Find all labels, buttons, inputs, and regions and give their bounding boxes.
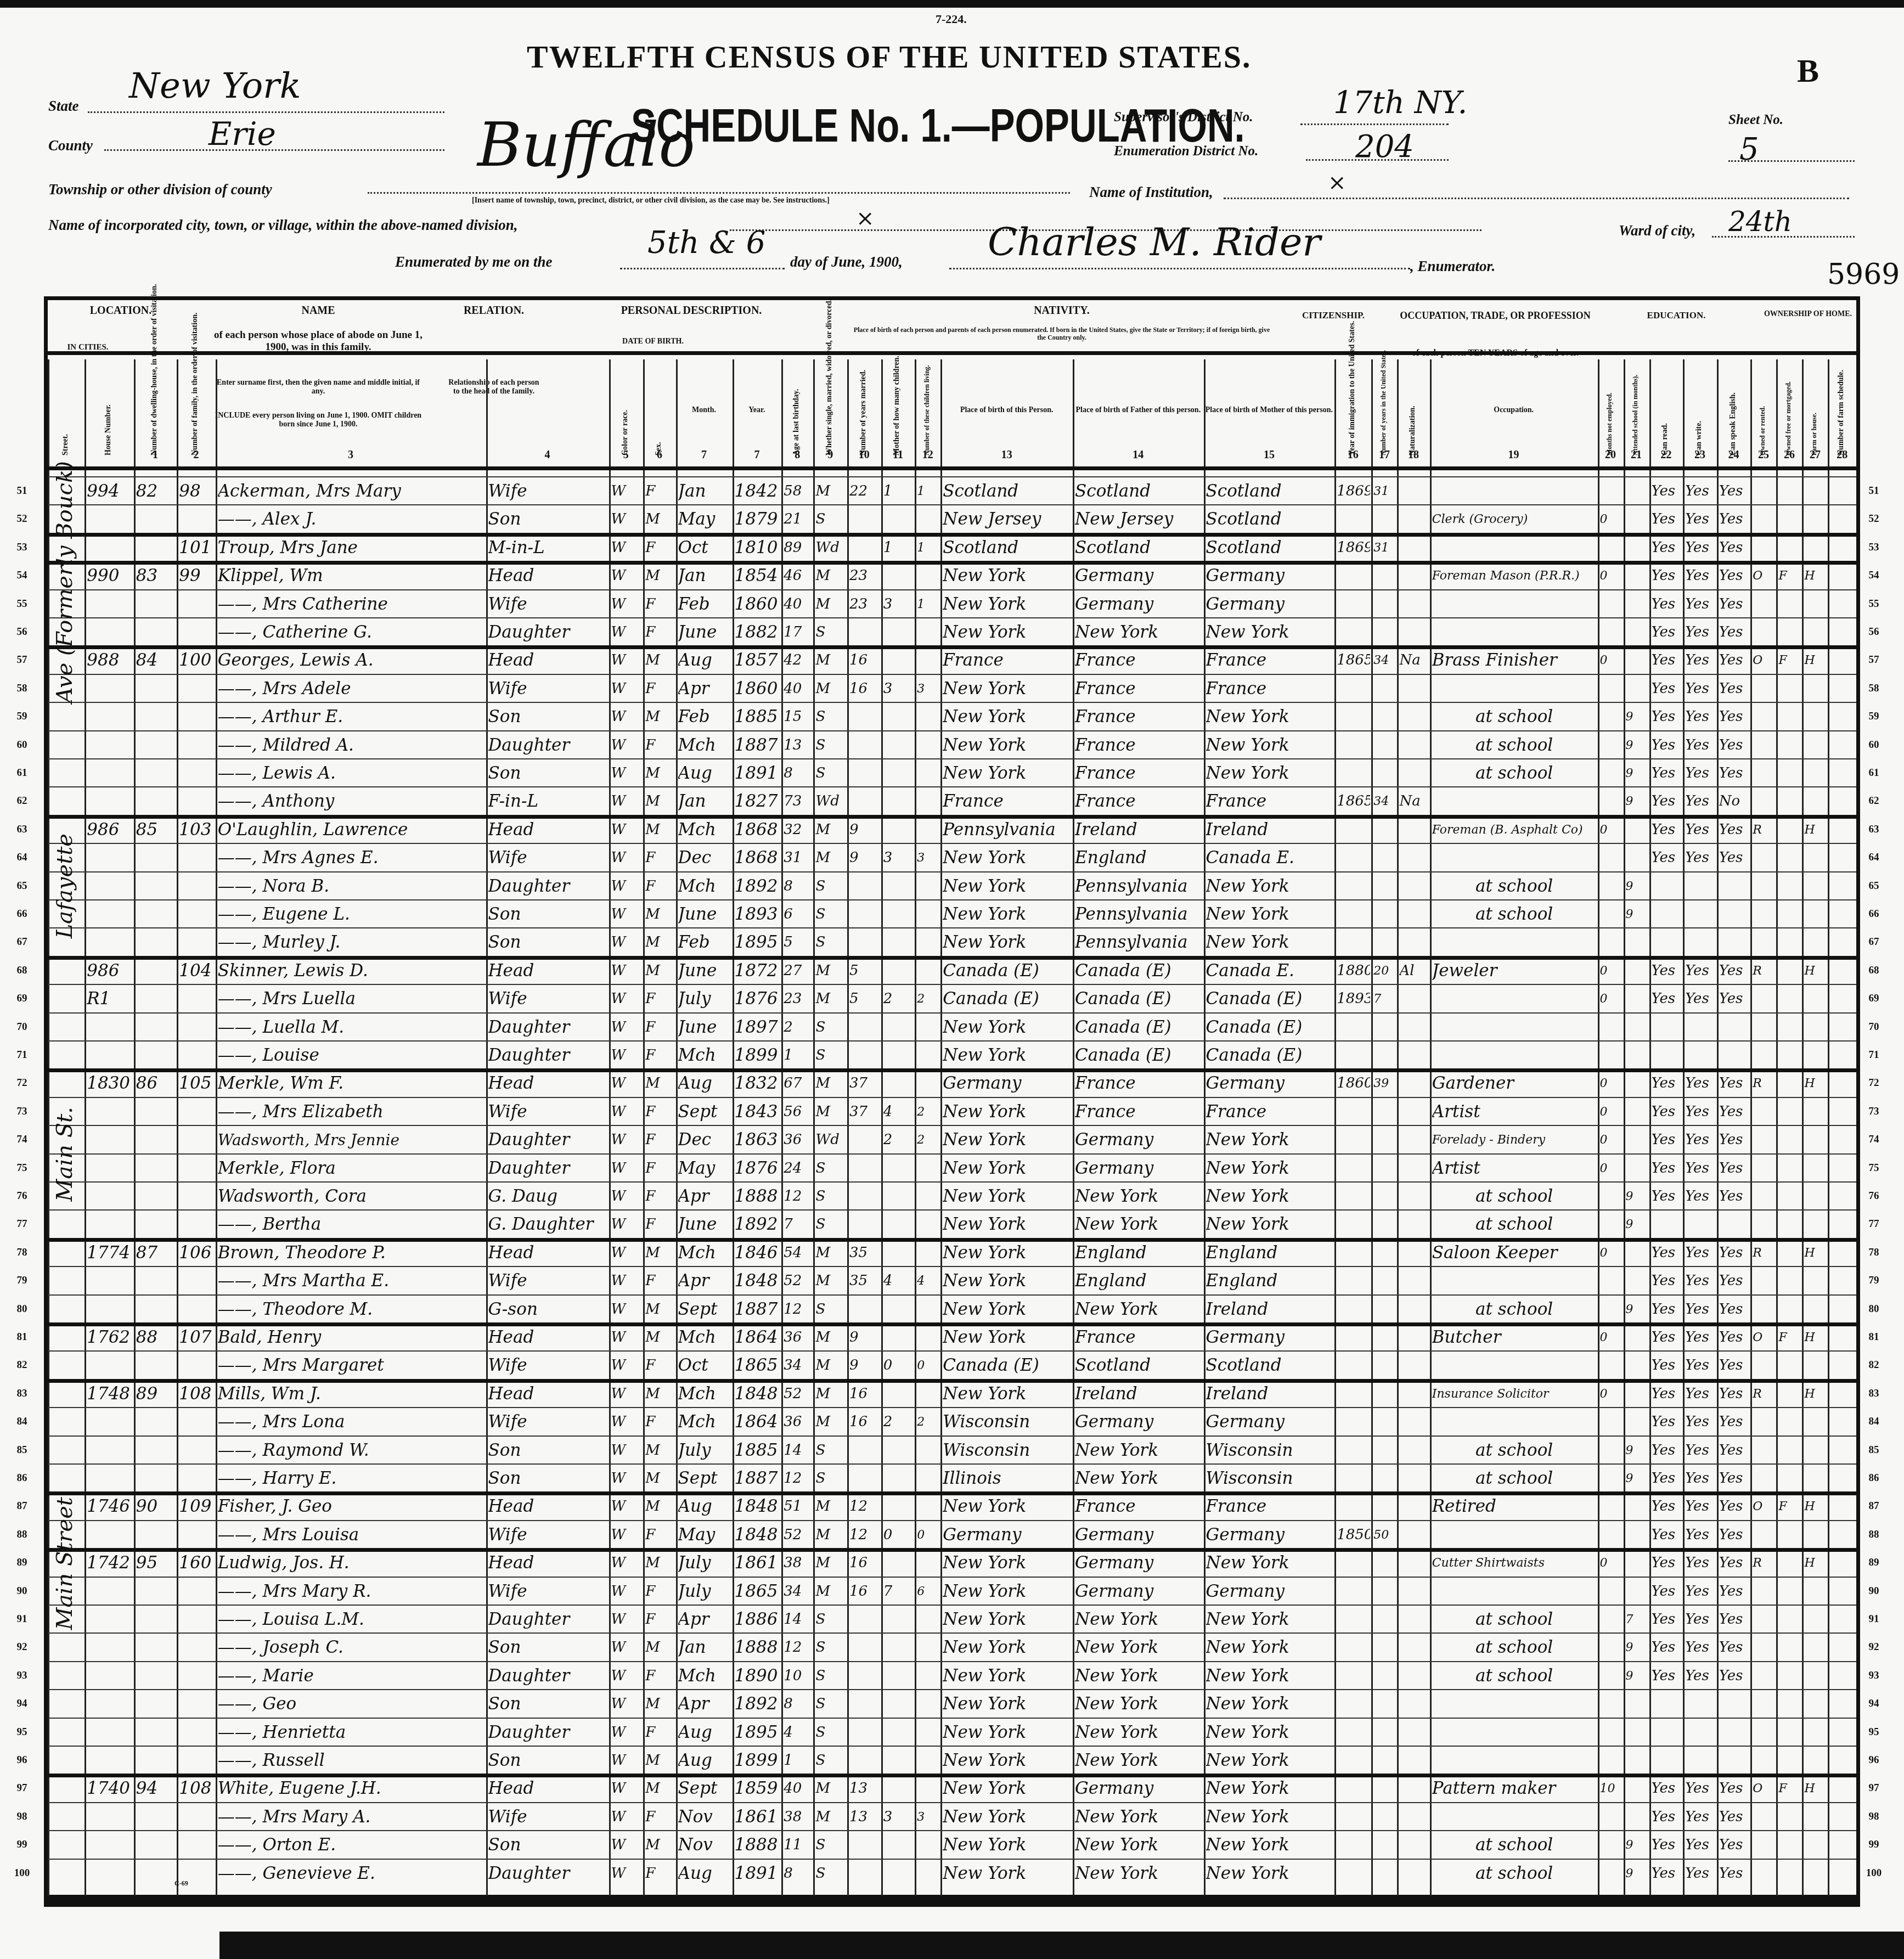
cell-mother-of: 3 [883, 590, 914, 618]
cell-dwelling: 85 [136, 816, 176, 844]
cell-mother-of: 2 [883, 1126, 914, 1154]
table-row[interactable]: ——, Alex J.SonWMMay187921SNew JerseyNew … [0, 505, 1904, 533]
cell-year: 1891 [735, 1860, 781, 1888]
cell-farm: H [1804, 1380, 1827, 1408]
cell-month: July [678, 985, 731, 1013]
cell-relation: Wife [488, 1578, 608, 1606]
cell-marital: M [815, 1521, 846, 1549]
column-label: Number of family, in the order of visita… [191, 362, 200, 455]
column-label: Number of farm schedule. [1837, 362, 1846, 455]
header-relation: RELATION. [439, 305, 549, 317]
cell-birth: Canada (E) [943, 1352, 1072, 1380]
supervisor-line [1300, 123, 1449, 125]
cell-occupation: at school [1432, 1831, 1597, 1859]
cell-birth: New York [943, 1380, 1072, 1408]
cell-english: Yes [1719, 1380, 1750, 1408]
cell-english: Yes [1719, 477, 1750, 505]
table-row[interactable]: 174690109Fisher, J. GeoHeadWMAug184851M1… [0, 1493, 1904, 1521]
cell-color: W [611, 1267, 643, 1295]
cell-birth: Scotland [943, 534, 1072, 562]
table-row[interactable]: ——, Mrs LonaWifeWFMch186436M1622Wisconsi… [0, 1408, 1904, 1436]
cell-read: Yes [1652, 1549, 1682, 1577]
cell-relation: Son [488, 505, 608, 533]
cell-age: 38 [784, 1549, 812, 1577]
cell-marital: S [815, 618, 846, 646]
cell-mother-birth: New York [1206, 928, 1334, 956]
cell-natur: Al [1399, 957, 1428, 985]
cell-sex: M [645, 1465, 674, 1493]
cell-mother-birth: France [1206, 787, 1334, 815]
table-row[interactable]: ——, Raymond W.SonWMJuly188514SWisconsinN… [0, 1437, 1904, 1465]
table-row[interactable]: ——, Mrs MargaretWifeWFOct186534M900Canad… [0, 1352, 1904, 1380]
cell-age: 36 [784, 1408, 812, 1436]
cell-age: 54 [784, 1239, 812, 1267]
cell-sex: M [645, 1493, 674, 1521]
cell-free: F [1778, 1775, 1801, 1803]
cell-english: Yes [1719, 1267, 1750, 1295]
enumerator-line [949, 268, 1410, 269]
enumerator-label: , Enumerator. [1410, 258, 1495, 275]
cell-father-birth: New York [1075, 1183, 1203, 1211]
cell-color: W [611, 675, 643, 703]
cell-year: 1887 [735, 1465, 781, 1493]
table-row[interactable]: ——, Catherine G.DaughterWFJune188217SNew… [0, 618, 1904, 646]
column-number: 17 [1371, 449, 1397, 461]
cell-sex: F [645, 1014, 674, 1042]
cell-father-birth: New York [1075, 1690, 1203, 1718]
enumeration-district-label: Enumeration District No. [1114, 144, 1258, 159]
cell-color: W [611, 590, 643, 618]
cell-birth: New York [943, 1860, 1072, 1888]
table-row[interactable]: ——, Theodore M.G-sonWMSept188712SNew Yor… [0, 1296, 1904, 1324]
cell-write: Yes [1685, 562, 1716, 590]
header-name-instr1: Enter surname first, then the given name… [214, 379, 423, 396]
cell-birth: New York [943, 1098, 1072, 1126]
cell-english: Yes [1719, 562, 1750, 590]
cell-relation: Daughter [488, 1606, 608, 1634]
cell-age: 12 [784, 1634, 812, 1662]
cell-father-birth: Ireland [1075, 816, 1203, 844]
column-number: 6 [643, 449, 675, 461]
cell-mother-birth: New York [1206, 1860, 1334, 1888]
cell-occupation: Butcher [1432, 1324, 1597, 1352]
cell-year: 1846 [735, 1239, 781, 1267]
cell-write: Yes [1685, 1803, 1716, 1831]
cell-mother-birth: New York [1206, 1803, 1334, 1831]
cell-house: 986 [87, 816, 133, 844]
cell-family: 107 [179, 1324, 215, 1352]
cell-yrs-married: 35 [849, 1239, 880, 1267]
cell-living: 2 [917, 985, 939, 1013]
cell-color: W [611, 985, 643, 1013]
cell-mother-birth: New York [1206, 1747, 1334, 1775]
cell-color: W [611, 477, 643, 505]
cell-english: Yes [1719, 816, 1750, 844]
cell-mother-of: 1 [883, 534, 914, 562]
cell-color: W [611, 1437, 643, 1465]
table-row[interactable]: ——, AnthonyF-in-LWMJan182773WdFranceFran… [0, 787, 1904, 815]
cell-school: 9 [1626, 1183, 1648, 1211]
cell-age: 10 [784, 1662, 812, 1690]
column-number: 14 [1073, 449, 1204, 461]
cell-name: ——, Catherine G. [218, 618, 485, 646]
cell-read: Yes [1652, 787, 1682, 815]
cell-mother-birth: England [1206, 1267, 1334, 1295]
cell-month: Sept [678, 1098, 731, 1126]
cell-father-birth: Pennsylvania [1075, 928, 1203, 956]
table-row[interactable]: 177487106Brown, Theodore P.HeadWMMch1846… [0, 1239, 1904, 1267]
cell-owned: R [1753, 1549, 1775, 1577]
header-rule [48, 351, 1856, 355]
cell-relation: Daughter [488, 1126, 608, 1154]
table-row[interactable]: ——, Luella M.DaughterWFJune18972SNew Yor… [0, 1014, 1904, 1042]
cell-occupation: Forelady - Bindery [1432, 1126, 1597, 1154]
table-row[interactable]: ——, MarieDaughterWFMch189010SNew YorkNew… [0, 1662, 1904, 1690]
cell-month: July [678, 1578, 731, 1606]
cell-father-birth: Germany [1075, 1521, 1203, 1549]
cell-school: 9 [1626, 1831, 1648, 1859]
column-number: 8 [781, 449, 813, 461]
cell-color: W [611, 1408, 643, 1436]
cell-color: W [611, 1860, 643, 1888]
cell-english: Yes [1719, 618, 1750, 646]
cell-write: Yes [1685, 1662, 1716, 1690]
cell-sex: F [645, 477, 674, 505]
cell-year: 1895 [735, 928, 781, 956]
cell-month: Jan [678, 787, 731, 815]
cell-marital: S [815, 1747, 846, 1775]
table-row[interactable]: ——, Orton E.SonWMNov188811SNew YorkNew Y… [0, 1831, 1904, 1859]
cell-occupation: Artist [1432, 1155, 1597, 1183]
table-row[interactable]: 9948298Ackerman, Mrs MaryWifeWFJan184258… [0, 477, 1904, 505]
cell-relation: Head [488, 1493, 608, 1521]
cell-mother-birth: New York [1206, 1775, 1334, 1803]
cell-yrs-married: 9 [849, 844, 880, 872]
table-bottom-rule [44, 1896, 1860, 1907]
table-row[interactable]: ——, Mrs ElizabethWifeWFSept184356M3742Ne… [0, 1098, 1904, 1126]
cell-year: 1892 [735, 1211, 781, 1239]
cell-father-birth: Germany [1075, 1549, 1203, 1577]
cell-month: Oct [678, 534, 731, 562]
cell-read: Yes [1652, 1352, 1682, 1380]
cell-color: W [611, 1690, 643, 1718]
column-number: 12 [915, 449, 940, 461]
cell-family: 100 [179, 646, 215, 674]
cell-color: W [611, 1578, 643, 1606]
ward-value: 24th [1728, 206, 1792, 238]
table-row[interactable]: 183086105Merkle, Wm F.HeadWMAug183267M37… [0, 1069, 1904, 1097]
cell-year: 1863 [735, 1126, 781, 1154]
cell-house: 994 [87, 477, 133, 505]
cell-age: 31 [784, 844, 812, 872]
cell-color: W [611, 816, 643, 844]
cell-mother-birth: New York [1206, 703, 1334, 731]
table-row[interactable]: 101Troup, Mrs JaneM-in-LWFOct181089Wd11S… [0, 534, 1904, 562]
table-row[interactable]: ——, Mrs Mary R.WifeWFJuly186534M1676New … [0, 1578, 1904, 1606]
cell-birth: New York [943, 1042, 1072, 1069]
cell-mother-of: 7 [883, 1578, 914, 1606]
cell-birth: New York [943, 1493, 1072, 1521]
cell-months-unemp: 0 [1600, 1098, 1623, 1126]
column-number: 7 [676, 449, 733, 461]
cell-name: ——, Marie [218, 1662, 485, 1690]
cell-school: 9 [1626, 1860, 1648, 1888]
cell-father-birth: Germany [1075, 590, 1203, 618]
cell-write: Yes [1685, 1267, 1716, 1295]
cell-living: 3 [917, 675, 939, 703]
cell-occupation: Foreman (B. Asphalt Co) [1432, 816, 1597, 844]
cell-color: W [611, 1069, 643, 1097]
cell-father-birth: France [1075, 787, 1203, 815]
cell-color: W [611, 534, 643, 562]
header-relation-desc: Relationship of each person to the head … [444, 379, 543, 396]
cell-occupation: Retired [1432, 1493, 1597, 1521]
cell-father-birth: England [1075, 1267, 1203, 1295]
table-row[interactable]: ——, Mrs CatherineWifeWFFeb186040M2331New… [0, 590, 1904, 618]
cell-name: Brown, Theodore P. [218, 1239, 485, 1267]
table-row[interactable]: 98884100Georges, Lewis A.HeadWMAug185742… [0, 646, 1904, 674]
cell-month: Aug [678, 646, 731, 674]
cell-birth: New York [943, 1606, 1072, 1634]
cell-marital: Wd [815, 1126, 846, 1154]
table-row[interactable]: 986104Skinner, Lewis D.HeadWMJune187227M… [0, 957, 1904, 985]
cell-name: ——, Genevieve E. [218, 1860, 485, 1888]
cell-yrs-married: 16 [849, 1380, 880, 1408]
cell-mother-birth: New York [1206, 1831, 1334, 1859]
cell-name: Wadsworth, Mrs Jennie [218, 1126, 485, 1154]
cell-age: 40 [784, 675, 812, 703]
enumerator-name: Charles M. Rider [988, 219, 1321, 264]
cell-write: Yes [1685, 1324, 1716, 1352]
table-row[interactable]: ——, LouiseDaughterWFMch18991SNew YorkCan… [0, 1042, 1904, 1069]
cell-english: Yes [1719, 1549, 1750, 1577]
table-row[interactable]: ——, Mildred A.DaughterWFMch188713SNew Yo… [0, 731, 1904, 759]
table-row[interactable]: ——, Murley J.SonWMFeb18955SNew YorkPenns… [0, 928, 1904, 956]
table-row[interactable]: ——, Lewis A.SonWMAug18918SNew YorkFrance… [0, 759, 1904, 787]
table-row[interactable]: 98685103O'Laughlin, LawrenceHeadWMMch186… [0, 816, 1904, 844]
column-number: 19 [1430, 449, 1598, 461]
cell-yrs-married: 16 [849, 1549, 880, 1577]
cell-age: 4 [784, 1719, 812, 1747]
cell-year: 1885 [735, 1437, 781, 1465]
table-row[interactable]: 174295160Ludwig, Jos. H.HeadWMJuly186138… [0, 1549, 1904, 1577]
state-line [88, 111, 444, 113]
table-row[interactable]: 174889108Mills, Wm J.HeadWMMch184852M16N… [0, 1380, 1904, 1408]
cell-immig: 1869 [1337, 534, 1370, 562]
cell-marital: S [815, 1183, 846, 1211]
cell-color: W [611, 1747, 643, 1775]
table-row[interactable]: ——, Joseph C.SonWMJan188812SNew YorkNew … [0, 1634, 1904, 1662]
table-row[interactable]: ——, BerthaG. DaughterWFJune18927SNew Yor… [0, 1211, 1904, 1239]
cell-dwelling: 87 [136, 1239, 176, 1267]
cell-birth: Germany [943, 1521, 1072, 1549]
cell-marital: S [815, 731, 846, 759]
cell-english: Yes [1719, 1860, 1750, 1888]
cell-father-birth: New Jersey [1075, 505, 1203, 533]
cell-living: 2 [917, 1098, 939, 1126]
table-row[interactable]: Wadsworth, Mrs JennieDaughterWFDec186336… [0, 1126, 1904, 1154]
table-row[interactable]: 174094108White, Eugene J.H.HeadWMSept185… [0, 1775, 1904, 1803]
cell-occupation: Cutter Shirtwaists [1432, 1549, 1597, 1577]
header-ownership: OWNERSHIP OF HOME. [1756, 310, 1860, 319]
cell-read: Yes [1652, 844, 1682, 872]
table-row[interactable]: ——, Mrs Mary A.WifeWFNov186138M1333New Y… [0, 1803, 1904, 1831]
cell-mother-birth: Wisconsin [1206, 1437, 1334, 1465]
cell-yrs-us: 7 [1373, 985, 1396, 1013]
cell-marital: S [815, 1690, 846, 1718]
cell-name: ——, Lewis A. [218, 759, 485, 787]
table-row[interactable]: ——, Mrs LouisaWifeWFMay184852M1200German… [0, 1521, 1904, 1549]
cell-english: Yes [1719, 1352, 1750, 1380]
header-rule [48, 466, 1856, 470]
cell-mother-of: 3 [883, 1803, 914, 1831]
cell-farm: H [1804, 1239, 1827, 1267]
cell-relation: Daughter [488, 1719, 608, 1747]
column-number: 18 [1397, 449, 1429, 461]
cell-month: Apr [678, 1267, 731, 1295]
cell-occupation: Insurance Solicitor [1432, 1380, 1597, 1408]
cell-year: 1893 [735, 900, 781, 928]
cell-month: Aug [678, 1069, 731, 1097]
cell-age: 24 [784, 1155, 812, 1183]
cell-write: Yes [1685, 1465, 1716, 1493]
cell-age: 27 [784, 957, 812, 985]
cell-read: Yes [1652, 618, 1682, 646]
cell-relation: Head [488, 1549, 608, 1577]
cell-birth: New York [943, 1324, 1072, 1352]
table-row[interactable]: ——, HenriettaDaughterWFAug18954SNew York… [0, 1719, 1904, 1747]
cell-english: No [1719, 787, 1750, 815]
table-row[interactable]: ——, Genevieve E.DaughterWFAug18918SNew Y… [0, 1860, 1904, 1888]
cell-age: 36 [784, 1324, 812, 1352]
cell-father-birth: Germany [1075, 562, 1203, 590]
cell-color: W [611, 872, 643, 900]
table-row[interactable]: 176288107Bald, HenryHeadWMMch186436M9New… [0, 1324, 1904, 1352]
column-number: 20 [1598, 449, 1624, 461]
cell-write: Yes [1685, 1408, 1716, 1436]
cell-year: 1865 [735, 1352, 781, 1380]
cell-occupation: at school [1432, 1465, 1597, 1493]
cell-yrs-married: 16 [849, 1578, 880, 1606]
cell-name: ——, Mrs Louisa [218, 1521, 485, 1549]
cell-month: Sept [678, 1296, 731, 1324]
cell-month: Feb [678, 590, 731, 618]
cell-read: Yes [1652, 1069, 1682, 1097]
cell-occupation: Jeweler [1432, 957, 1597, 985]
cell-mother-birth: New York [1206, 1549, 1334, 1577]
cell-mother-birth: Canada (E) [1206, 1014, 1334, 1042]
cell-year: 1891 [735, 759, 781, 787]
cell-year: 1832 [735, 1069, 781, 1097]
table-row[interactable]: ——, Eugene L.SonWMJune18936SNew YorkPenn… [0, 900, 1904, 928]
cell-year: 1895 [735, 1719, 781, 1747]
table-row[interactable]: ——, Nora B.DaughterWFMch18928SNew YorkPe… [0, 872, 1904, 900]
cell-name: ——, Murley J. [218, 928, 485, 956]
cell-name: Mills, Wm J. [218, 1380, 485, 1408]
cell-birth: New York [943, 703, 1072, 731]
cell-write: Yes [1685, 1831, 1716, 1859]
cell-sex: F [645, 590, 674, 618]
cell-english: Yes [1719, 534, 1750, 562]
cell-sex: M [645, 1634, 674, 1662]
cell-immig: 1880 [1337, 957, 1370, 985]
cell-age: 8 [784, 1690, 812, 1718]
cell-house: R1 [87, 985, 133, 1013]
table-row[interactable]: ——, Mrs Martha E.WifeWFApr184852M3544New… [0, 1267, 1904, 1295]
cell-marital: M [815, 1267, 846, 1295]
table-row[interactable]: Wadsworth, CoraG. DaugWFApr188812SNew Yo… [0, 1183, 1904, 1211]
cell-read: Yes [1652, 1408, 1682, 1436]
table-row[interactable]: ——, Louisa L.M.DaughterWFApr188614SNew Y… [0, 1606, 1904, 1634]
table-row[interactable]: ——, Mrs Agnes E.WifeWFDec186831M933New Y… [0, 844, 1904, 872]
cell-house: 1774 [87, 1239, 133, 1267]
column-number: 15 [1204, 449, 1335, 461]
column-number: 25 [1750, 449, 1776, 461]
cell-age: 14 [784, 1606, 812, 1634]
cell-name: ——, Louise [218, 1042, 485, 1069]
cell-color: W [611, 1155, 643, 1183]
cell-father-birth: New York [1075, 1831, 1203, 1859]
cell-birth: New York [943, 1267, 1072, 1295]
cell-age: 40 [784, 590, 812, 618]
cell-school: 7 [1626, 1606, 1648, 1634]
cell-age: 52 [784, 1267, 812, 1295]
table-row[interactable]: ——, Arthur E.SonWMFeb188515SNew YorkFran… [0, 703, 1904, 731]
table-row[interactable]: Merkle, FloraDaughterWFMay187624SNew Yor… [0, 1155, 1904, 1183]
cell-read: Yes [1652, 1803, 1682, 1831]
cell-yrs-married: 35 [849, 1267, 880, 1295]
cell-relation: Wife [488, 590, 608, 618]
cell-name: Skinner, Lewis D. [218, 957, 485, 985]
cell-month: June [678, 1211, 731, 1239]
cell-owned: R [1753, 816, 1775, 844]
cell-birth: New York [943, 1014, 1072, 1042]
cell-dwelling: 82 [136, 477, 176, 505]
cell-year: 1885 [735, 703, 781, 731]
cell-english: Yes [1719, 1634, 1750, 1662]
cell-month: Apr [678, 675, 731, 703]
cell-year: 1848 [735, 1267, 781, 1295]
cell-months-unemp: 0 [1600, 1549, 1623, 1577]
header-education: EDUCATION. [1602, 310, 1750, 321]
cell-name: ——, Orton E. [218, 1831, 485, 1859]
cell-mother-birth: New York [1206, 872, 1334, 900]
cell-month: Nov [678, 1803, 731, 1831]
table-row[interactable]: ——, Harry E.SonWMSept188712SIllinoisNew … [0, 1465, 1904, 1493]
cell-house: 1748 [87, 1380, 133, 1408]
table-row[interactable]: ——, RussellSonWMAug18991SNew YorkNew Yor… [0, 1747, 1904, 1775]
township-line [368, 192, 1070, 194]
cell-read: Yes [1652, 1437, 1682, 1465]
table-row[interactable]: 9908399Klippel, WmHeadWMJan185446M23New … [0, 562, 1904, 590]
cell-father-birth: Pennsylvania [1075, 900, 1203, 928]
cell-yrs-us: 20 [1373, 957, 1396, 985]
cell-name: ——, Luella M. [218, 1014, 485, 1042]
cell-marital: S [815, 1211, 846, 1239]
cell-father-birth: France [1075, 646, 1203, 674]
column-label: Number of these children living. [923, 362, 931, 455]
cell-father-birth: Canada (E) [1075, 985, 1203, 1013]
table-row[interactable]: ——, Mrs AdeleWifeWFApr186040M1633New Yor… [0, 675, 1904, 703]
scan-top-edge [0, 0, 1904, 8]
cell-occupation: Artist [1432, 1098, 1597, 1126]
table-row[interactable]: ——, GeoSonWMApr18928SNew YorkNew YorkNew… [0, 1690, 1904, 1718]
cell-month: Apr [678, 1690, 731, 1718]
cell-color: W [611, 1606, 643, 1634]
table-row[interactable]: R1——, Mrs LuellaWifeWFJuly187623M522Cana… [0, 985, 1904, 1013]
cell-school: 9 [1626, 703, 1648, 731]
cell-father-birth: France [1075, 675, 1203, 703]
